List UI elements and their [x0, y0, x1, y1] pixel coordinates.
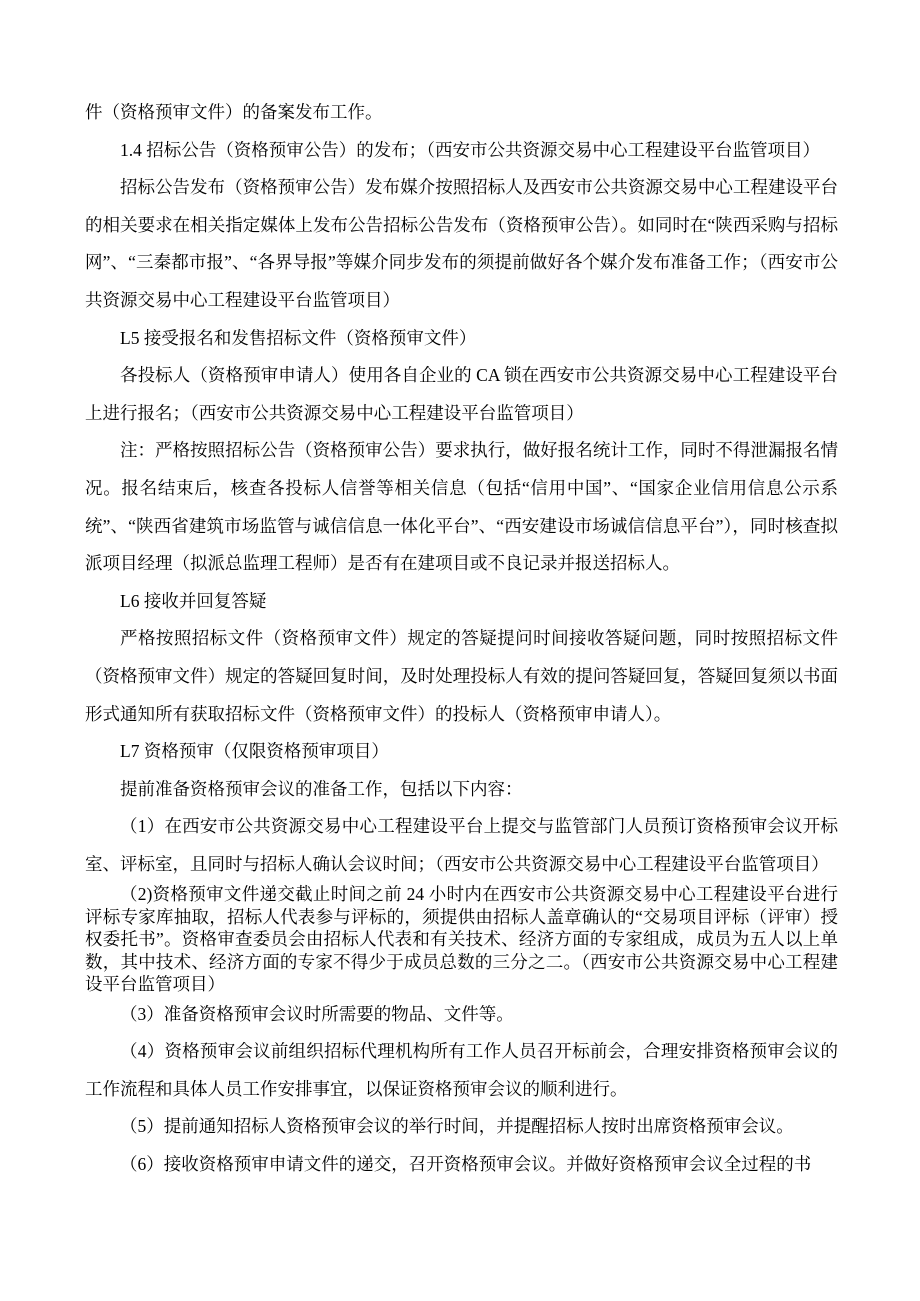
- list-item-2-expert-draw: （2)资格预审文件递交截止时间之前 24 小时内在西安市公共资源交易中心工程建设…: [85, 883, 838, 995]
- heading-l7-prequalification: L7 资格预审（仅限资格预审项目）: [85, 733, 838, 771]
- list-item-3-supplies: （3）准备资格预审会议时所需要的物品、文件等。: [85, 996, 838, 1034]
- paragraph-continuation: 件（资格预审文件）的备案发布工作。: [85, 94, 838, 132]
- list-item-1-meeting-room: （1）在西安市公共资源交易中心工程建设平台上提交与监管部门人员预订资格预审会议开…: [85, 808, 838, 883]
- list-item-5-notify-time: （5）提前通知招标人资格预审会议的举行时间，并提醒招标人按时出席资格预审会议。: [85, 1108, 838, 1146]
- paragraph-ca-registration: 各投标人（资格预审申请人）使用各自企业的 CA 锁在西安市公共资源交易中心工程建…: [85, 357, 838, 432]
- heading-l5-registration: L5 接受报名和发售招标文件（资格预审文件）: [85, 320, 838, 358]
- paragraph-prep-intro: 提前准备资格预审会议的准备工作，包括以下内容：: [85, 771, 838, 809]
- heading-l6-reply-questions: L6 接收并回复答疑: [85, 583, 838, 621]
- list-item-6-receive-documents: （6）接收资格预审申请文件的递交，召开资格预审会议。并做好资格预审会议全过程的书: [85, 1146, 838, 1184]
- list-item-4-pre-meeting: （4）资格预审会议前组织招标代理机构所有工作人员召开标前会，合理安排资格预审会议…: [85, 1033, 838, 1108]
- document-text-block: 件（资格预审文件）的备案发布工作。 1.4 招标公告（资格预审公告）的发布；（西…: [85, 94, 838, 1183]
- document-page: 件（资格预审文件）的备案发布工作。 1.4 招标公告（资格预审公告）的发布；（西…: [0, 0, 920, 1301]
- paragraph-note-credit-check: 注：严格按照招标公告（资格预审公告）要求执行，做好报名统计工作，同时不得泄漏报名…: [85, 432, 838, 582]
- paragraph-qa-reply: 严格按照招标文件（资格预审文件）规定的答疑提问时间接收答疑问题，同时按照招标文件…: [85, 620, 838, 733]
- heading-1-4-bid-announcement: 1.4 招标公告（资格预审公告）的发布；（西安市公共资源交易中心工程建设平台监管…: [85, 132, 838, 170]
- paragraph-announcement-media: 招标公告发布（资格预审公告）发布媒介按照招标人及西安市公共资源交易中心工程建设平…: [85, 169, 838, 319]
